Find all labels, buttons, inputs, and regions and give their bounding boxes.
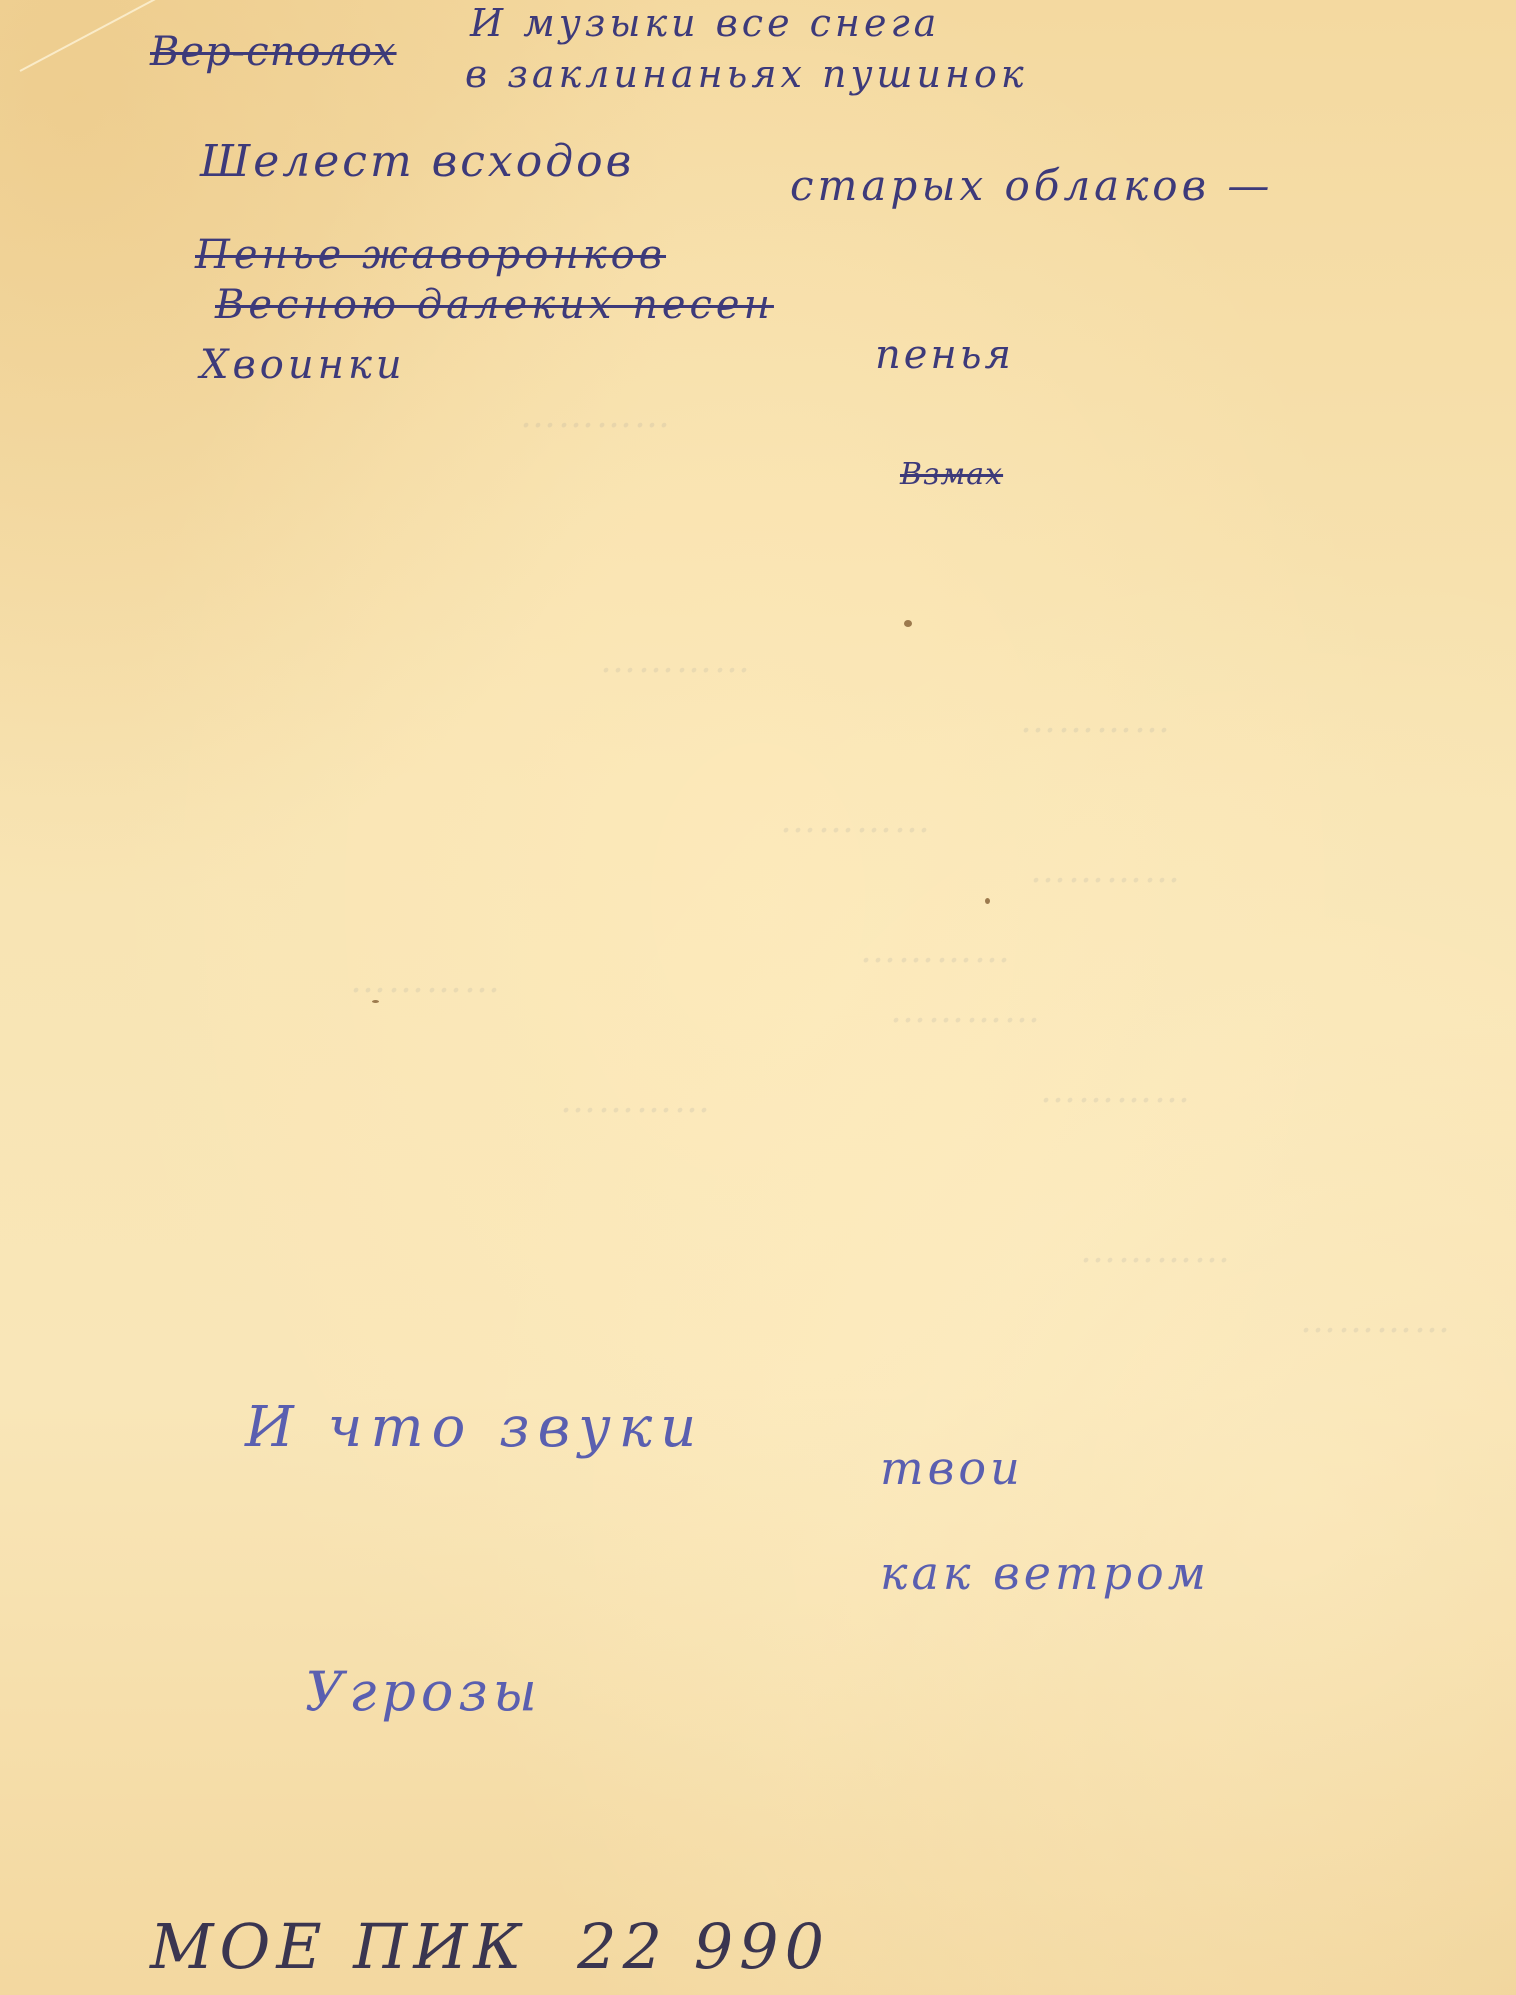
struck-line-5: Весною далеких песен: [215, 285, 774, 325]
bleed-through-line: …………: [560, 1080, 712, 1121]
bleed-through-line: …………: [1080, 1230, 1232, 1271]
paper-speck: [372, 1000, 379, 1003]
bleed-through-line: …………: [1300, 1300, 1452, 1341]
archive-number: 22 990: [577, 1910, 830, 1983]
bleed-through-line: …………: [1020, 700, 1172, 741]
archive-mark: МОЕ ПИК 22 990: [150, 1910, 830, 1983]
bleed-through-line: …………: [1030, 850, 1182, 891]
bleed-through-line: …………: [860, 930, 1012, 971]
line-2: в заклинаньях пушинок: [465, 55, 1028, 93]
paper-speck: [985, 898, 990, 904]
paper-speck: [904, 620, 912, 627]
bottom-line-1-right: твои: [880, 1445, 1024, 1491]
inserted-line: И музыки все снега: [470, 4, 940, 42]
struck-line-4: Пенье жаворонков: [195, 235, 666, 275]
bleed-through-line: …………: [520, 395, 672, 436]
bleed-through-line: …………: [890, 990, 1042, 1031]
bottom-line-3-left: Угрозы: [305, 1665, 542, 1719]
bleed-through-line: …………: [600, 640, 752, 681]
struck-word-top-left: Вер-сполох: [150, 32, 397, 72]
line-6-right: пенья: [875, 335, 1014, 375]
line-3-left: Шелест всходов: [200, 140, 634, 184]
bleed-through-line: …………: [1040, 1070, 1192, 1111]
small-struck-word: Взмах: [900, 460, 1003, 490]
bleed-through-line: …………: [350, 960, 502, 1001]
bottom-line-1-left: И что звуки: [245, 1400, 704, 1456]
manuscript-page: ………… ………… ………… ………… ………… ………… ………… ………… …: [0, 0, 1516, 1995]
line-3-right: старых облаков —: [790, 165, 1273, 207]
line-6-left: Хвоинки: [200, 345, 406, 385]
archive-label: МОЕ ПИК: [150, 1910, 527, 1983]
bleed-through-line: …………: [780, 800, 932, 841]
bottom-line-2-right: как ветром: [880, 1550, 1210, 1596]
